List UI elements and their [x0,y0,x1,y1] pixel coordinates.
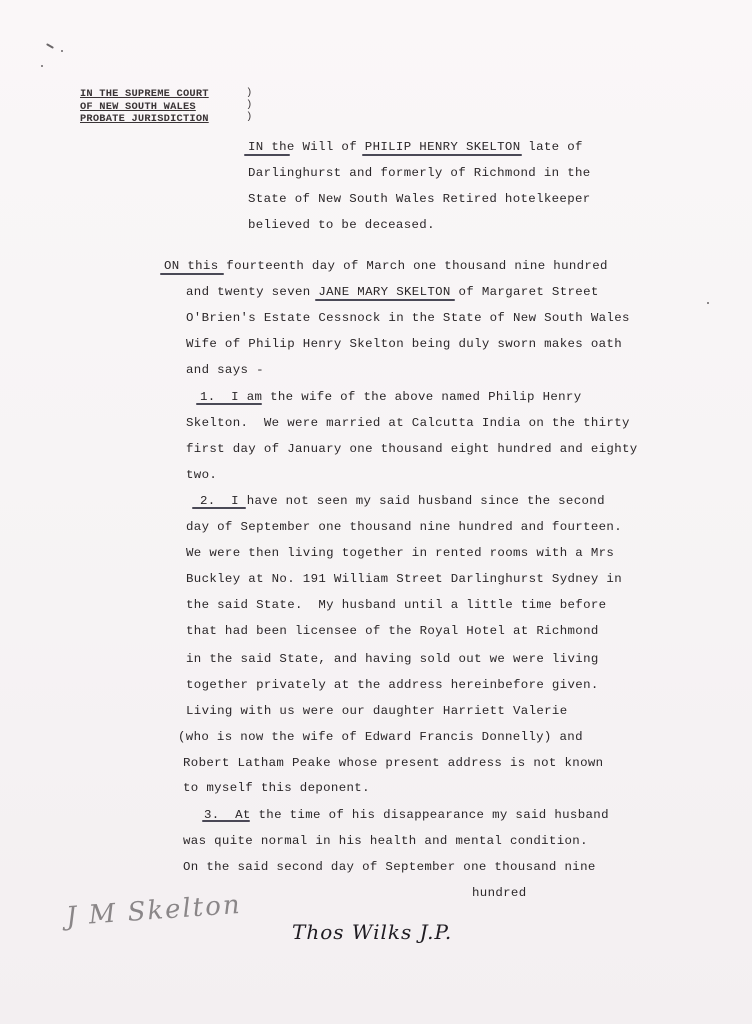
paragraph-line: Buckley at No. 191 William Street Darlin… [186,572,622,586]
underline-mark [160,273,224,275]
underline-mark [196,403,262,405]
paragraph-line: day of September one thousand nine hundr… [186,520,622,534]
underline-mark [192,507,246,509]
paragraph-line: 2. I have not seen my said husband since… [200,494,605,508]
paragraph-line: 1. I am the wife of the above named Phil… [200,390,582,404]
court-heading-line: IN THE SUPREME COURT [80,88,209,101]
paragraph-line: Robert Latham Peake whose present addres… [183,756,603,770]
continuation-word: hundred [472,886,527,900]
intro-line: and says - [186,363,264,377]
paragraph-line: in the said State, and having sold out w… [186,652,599,666]
court-heading: IN THE SUPREME COURT OF NEW SOUTH WALES … [80,88,209,126]
matter-line: IN the Will of PHILIP HENRY SKELTON late… [248,140,583,154]
paper-speck [46,43,54,49]
court-heading-line: PROBATE JURISDICTION [80,113,209,126]
matter-line: believed to be deceased. [248,218,435,232]
deponent-signature: J M Skelton [65,890,242,932]
paragraph-line: Living with us were our daughter Harriet… [186,704,568,718]
witness-signature: Thos Wilks J.P. [292,920,452,944]
bracket-mark: ) [246,111,252,124]
paragraph-line: the said State. My husband until a littl… [186,598,606,612]
document-page: IN THE SUPREME COURT OF NEW SOUTH WALES … [0,0,752,1024]
paragraph-line: to myself this deponent. [183,781,370,795]
paragraph-line: two. [186,468,217,482]
underline-mark [202,820,250,822]
matter-line: State of New South Wales Retired hotelke… [248,192,591,206]
paragraph-line: that had been licensee of the Royal Hote… [186,624,599,638]
paragraph-line: together privately at the address herein… [186,678,599,692]
underline-mark [362,154,522,156]
paragraph-line: (who is now the wife of Edward Francis D… [178,730,583,744]
bracket-mark: ) [246,87,252,100]
bracket-mark: ) [246,99,252,112]
intro-line: O'Brien's Estate Cessnock in the State o… [186,311,630,325]
intro-line: ON this fourteenth day of March one thou… [164,259,608,273]
paragraph-line: first day of January one thousand eight … [186,442,638,456]
paragraph-line: 3. At the time of his disappearance my s… [204,808,609,822]
paper-speck [61,50,63,52]
court-heading-line: OF NEW SOUTH WALES [80,101,209,114]
paragraph-line: was quite normal in his health and menta… [183,834,588,848]
intro-line: and twenty seven JANE MARY SKELTON of Ma… [186,285,599,299]
paper-speck [707,302,709,304]
paragraph-line: On the said second day of September one … [183,860,596,874]
paper-speck [41,65,43,67]
paragraph-line: Skelton. We were married at Calcutta Ind… [186,416,630,430]
intro-line: Wife of Philip Henry Skelton being duly … [186,337,622,351]
underline-mark [244,154,290,156]
underline-mark [315,299,455,301]
matter-line: Darlinghurst and formerly of Richmond in… [248,166,591,180]
paragraph-line: We were then living together in rented r… [186,546,614,560]
